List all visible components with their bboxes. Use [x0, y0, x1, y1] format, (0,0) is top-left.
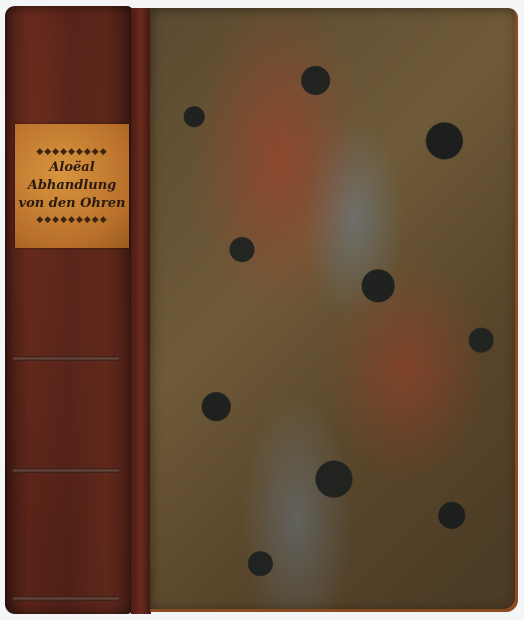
book-hinge [131, 8, 151, 614]
label-ornament-top: ◆◆◆◆◆◆◆◆◆ [36, 147, 107, 157]
spine-label: ◆◆◆◆◆◆◆◆◆ Aloëal Abhandlung von den Ohre… [15, 124, 129, 248]
spine-band [13, 596, 119, 601]
label-ornament-bottom: ◆◆◆◆◆◆◆◆◆ [36, 215, 107, 225]
label-line-2: Abhandlung [28, 177, 117, 195]
spine-band [13, 468, 119, 473]
label-line-3: von den Ohren [19, 195, 126, 213]
marbled-front-cover [150, 8, 518, 612]
spine-band [13, 356, 119, 361]
label-line-1: Aloëal [49, 159, 94, 177]
book-spine: ◆◆◆◆◆◆◆◆◆ Aloëal Abhandlung von den Ohre… [5, 6, 133, 614]
